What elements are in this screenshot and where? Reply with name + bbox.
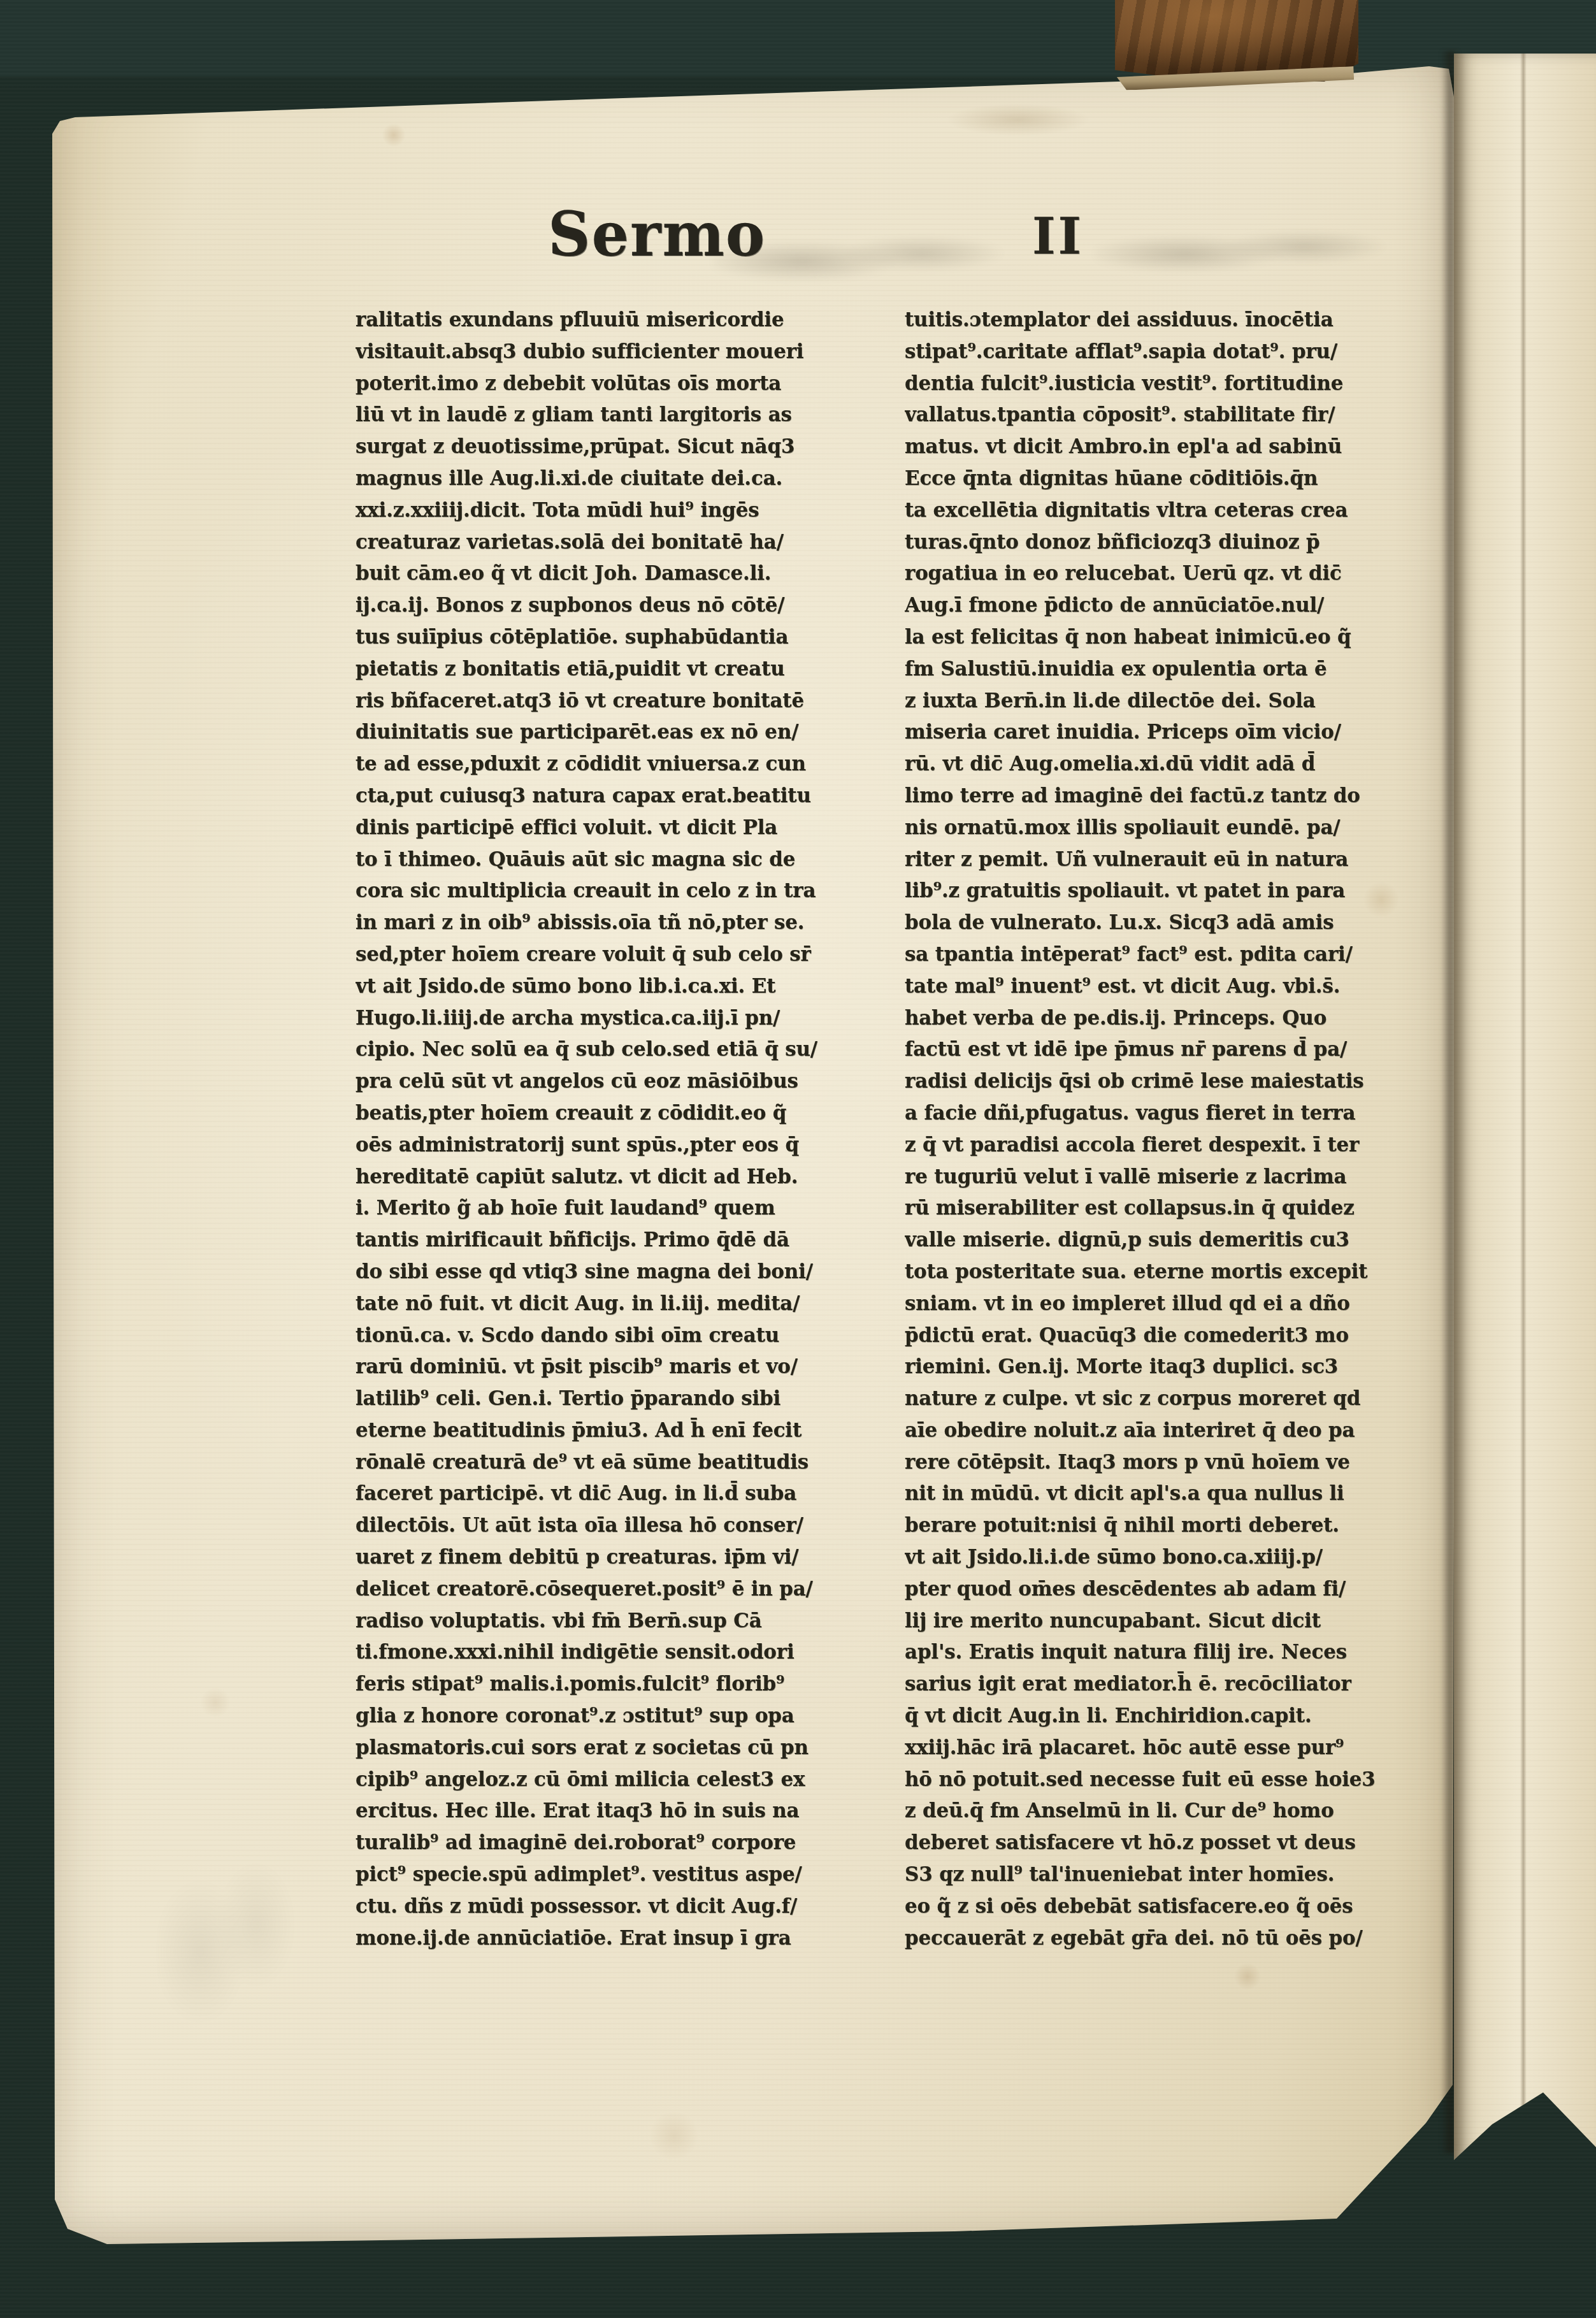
text-line: berare potuit:nisi q̄ nihil morti debere… (905, 1510, 1468, 1542)
text-line: poterit.imo z debebit volūtas oīs morta (356, 368, 892, 400)
text-line: sniam. vt in eo impleret illud qd ei a d… (905, 1288, 1468, 1320)
text-line: tantis mirificauit bñficijs. Primo q̄dē … (356, 1225, 892, 1256)
text-line: surgat z deuotissime,prūpat. Sicut nāq3 (356, 431, 892, 463)
text-line: z q̄ vt paradisi accola fieret despexit.… (905, 1130, 1468, 1162)
text-line: cora sic multiplicia creauit in celo z i… (356, 875, 892, 907)
text-line: uaret z finem debitū p creaturas. ip̄m v… (356, 1542, 892, 1574)
text-line: rū. vt dic̄ Aug.omelia.xi.dū vidit adā d… (905, 749, 1468, 781)
text-line: visitauit.absq3 dubio sufficienter mouer… (356, 336, 892, 368)
text-line: riter z pemit. Uñ vulnerauit eū in natur… (905, 844, 1468, 876)
text-line: factū est vt idē ipe p̄mus nr̄ parens d̄… (905, 1034, 1468, 1066)
text-line: hereditatē capiūt salutz. vt dicit ad He… (356, 1162, 892, 1193)
text-line: sed,pter hoīem creare voluit q̄ sub celo… (356, 939, 892, 971)
text-line: faceret participē. vt dic̄ Aug. in li.d̄… (356, 1478, 892, 1510)
running-title: Sermo (548, 199, 766, 270)
text-line: nit in mūdū. vt dicit apl's.a qua nullus… (905, 1478, 1468, 1510)
text-line: in mari z in oib⁹ abissis.oīa tñ nō,pter… (356, 907, 892, 939)
text-line: i. Merito g̃ ab hoīe fuit laudand⁹ quem (356, 1193, 892, 1225)
page-crease (1520, 54, 1527, 2220)
text-line: dilectōis. Ut aūt ista oīa illesa hō con… (356, 1510, 892, 1542)
text-column-left: ralitatis exundans pfluuiū misericordiev… (356, 305, 892, 1954)
text-line: ti.fmone.xxxi.nihil indigētie sensit.odo… (356, 1637, 892, 1669)
text-line: re tuguriū velut ī vallē miserie z lacri… (905, 1162, 1468, 1193)
text-line: oēs administratorij sunt spūs.,pter eos … (356, 1130, 892, 1162)
text-line: te ad esse,pduxit z cōdidit vniuersa.z c… (356, 749, 892, 781)
text-line: stipat⁹.caritate afflat⁹.sapia dotat⁹. p… (905, 336, 1468, 368)
facing-page-edge (1454, 54, 1596, 2220)
text-line: rū miserabiliter est collapsus.in q̄ qui… (905, 1193, 1468, 1225)
text-line: pict⁹ specie.spū adimplet⁹. vestitus asp… (356, 1859, 892, 1891)
text-line: ta excellētia dignitatis vltra ceteras c… (905, 495, 1468, 527)
text-line: deberet satisfacere vt hō.z posset vt de… (905, 1827, 1468, 1859)
text-line: mone.ij.de annūciatiōe. Erat insup ī gra (356, 1923, 892, 1955)
text-line: fm Salustiū.inuidia ex opulentia orta ē (905, 654, 1468, 686)
text-line: la est felicitas q̄ non habeat inimicū.e… (905, 622, 1468, 654)
text-line: Hugo.li.iiij.de archa mystica.ca.iij.ī p… (356, 1003, 892, 1035)
text-line: sarius igit erat mediator.h̄ ē. recōcili… (905, 1669, 1468, 1701)
text-line: glia z honore coronat⁹.z ɔstitut⁹ sup op… (356, 1701, 892, 1732)
text-line: cipib⁹ angeloz.z cū ōmi milicia celest3 … (356, 1764, 892, 1796)
text-line: apl's. Eratis inquit natura filij ire. N… (905, 1637, 1468, 1669)
text-column-right: tuitis.ɔtemplator dei assiduus. īnocētia… (905, 305, 1468, 1954)
text-line: rere cōtēpsit. Itaq3 mors p vnū hoīem ve (905, 1447, 1468, 1479)
text-line: a facie dñi,pfugatus. vagus fieret in te… (905, 1098, 1468, 1130)
text-line: S3 qz null⁹ tal'inueniebat inter homīes. (905, 1859, 1468, 1891)
text-line: rōnalē creaturā de⁹ vt eā sūme beatitudi… (356, 1447, 892, 1479)
text-line: xxiij.hāc irā placaret. hōc autē esse pu… (905, 1732, 1468, 1764)
text-line: do sibi esse qd vtiq3 sine magna dei bon… (356, 1256, 892, 1288)
text-line: vt ait Jsido.li.i.de sūmo bono.ca.xiiij.… (905, 1542, 1468, 1574)
ink-showthrough (158, 1804, 298, 2072)
text-line: riemini. Gen.ij. Morte itaq3 duplici. sc… (905, 1351, 1468, 1383)
book-page: Sermo II ralitatis exundans pfluuiū mise… (50, 59, 1459, 2254)
text-line: pter quod om̄es descēdentes ab adam fi/ (905, 1574, 1468, 1606)
text-line: lib⁹.z gratuitis spoliauit. vt patet in … (905, 875, 1468, 907)
text-line: latilib⁹ celi. Gen.i. Tertio p̄parando s… (356, 1383, 892, 1415)
text-line: beatis,pter hoīem creauit z cōdidit.eo q… (356, 1098, 892, 1130)
text-line: magnus ille Aug.li.xi.de ciuitate dei.ca… (356, 463, 892, 495)
ink-showthrough (1095, 215, 1394, 285)
text-line: turalib⁹ ad imaginē dei.roborat⁹ corpore (356, 1827, 892, 1859)
text-line: radisi delicijs q̄si ob crimē lese maies… (905, 1066, 1468, 1098)
text-line: rarū dominiū. vt p̄sit piscib⁹ maris et … (356, 1351, 892, 1383)
text-line: dinis participē effici voluit. vt dicit … (356, 812, 892, 844)
text-line: buit cām.eo q̃ vt dicit Joh. Damasce.li. (356, 558, 892, 590)
text-line: ctu. dñs z mūdi possessor. vt dicit Aug.… (356, 1891, 892, 1923)
text-line: ercitus. Hec ille. Erat itaq3 hō in suis… (356, 1796, 892, 1827)
text-line: tuitis.ɔtemplator dei assiduus. īnocētia (905, 305, 1468, 336)
text-line: valle miserie. dignū,p suis demeritis cu… (905, 1225, 1468, 1256)
text-line: vallatus.tpantia cōposit⁹. stabilitate f… (905, 400, 1468, 431)
text-line: cta,put cuiusq3 natura capax erat.beatit… (356, 781, 892, 812)
text-line: ris bñfaceret.atq3 iō vt creature bonita… (356, 686, 892, 717)
text-line: creaturaz varietas.solā dei bonitatē ha/ (356, 527, 892, 559)
text-line: cipio. Nec solū ea q̄ sub celo.sed etiā … (356, 1034, 892, 1066)
scan-background: Sermo II ralitatis exundans pfluuiū mise… (0, 0, 1596, 2318)
folio-number: II (1032, 208, 1084, 266)
text-line: rogatiua in eo relucebat. Uerū qz. vt di… (905, 558, 1468, 590)
text-line: vt ait Jsido.de sūmo bono lib.i.ca.xi. E… (356, 971, 892, 1003)
text-line: ij.ca.ij. Bonos z supbonos deus nō cōtē/ (356, 590, 892, 622)
text-line: Ecce q̄nta dignitas hūane cōditiōis.q̄n (905, 463, 1468, 495)
text-line: pra celū sūt vt angelos cū eoz māsiōibus (356, 1066, 892, 1098)
text-line: tota posteritate sua. eterne mortis exce… (905, 1256, 1468, 1288)
text-line: liū vt in laudē z gliam tanti largitoris… (356, 400, 892, 431)
text-line: lij ire merito nuncupabant. Sicut dicit (905, 1606, 1468, 1638)
text-line: z deū.q̄ fm Anselmū in li. Cur de⁹ homo (905, 1796, 1468, 1827)
text-line: turas.q̄nto donoz bñficiozq3 diuinoz p̄ (905, 527, 1468, 559)
text-line: limo terre ad imaginē dei factū.z tantz … (905, 781, 1468, 812)
text-line: xxi.z.xxiiij.dicit. Tota mūdi hui⁹ ingēs (356, 495, 892, 527)
text-line: miseria caret inuidia. Priceps oīm vicio… (905, 717, 1468, 749)
text-line: radiso voluptatis. vbi fm̄ Bern̄.sup Cā (356, 1606, 892, 1638)
text-line: tate nō fuit. vt dicit Aug. in li.iij. m… (356, 1288, 892, 1320)
text-line: habet verba de pe.dis.ij. Princeps. Quo (905, 1003, 1468, 1035)
text-line: hō nō potuit.sed necesse fuit eū esse ho… (905, 1764, 1468, 1796)
text-line: nature z culpe. vt sic z corpus moreret … (905, 1383, 1468, 1415)
text-line: tus suiīpius cōtēplatiōe. suphabūdantia (356, 622, 892, 654)
text-line: pietatis z bonitatis etiā,puidit vt crea… (356, 654, 892, 686)
text-line: tionū.ca. v. Scdo dando sibi oīm creatu (356, 1320, 892, 1352)
text-line: plasmatoris.cui sors erat z societas cū … (356, 1732, 892, 1764)
text-line: tate mal⁹ inuent⁹ est. vt dicit Aug. vbi… (905, 971, 1468, 1003)
text-line: aīe obedire noluit.z aīa interiret q̄ de… (905, 1415, 1468, 1447)
text-line: eo q̃ z si oēs debebāt satisfacere.eo q̃… (905, 1891, 1468, 1923)
text-line: sa tpantia intēperat⁹ fact⁹ est. pdita c… (905, 939, 1468, 971)
text-line: q̄ vt dicit Aug.in li. Enchiridion.capit… (905, 1701, 1468, 1732)
text-line: peccauerāt z egebāt gr̄a dei. nō tū oēs … (905, 1923, 1468, 1955)
text-line: feris stipat⁹ malis.i.pomis.fulcit⁹ flor… (356, 1669, 892, 1701)
text-line: Aug.ī fmone p̄dicto de annūciatōe.nul/ (905, 590, 1468, 622)
text-line: z iuxta Bern̄.in li.de dilectōe dei. Sol… (905, 686, 1468, 717)
text-line: bola de vulnerato. Lu.x. Sicq3 adā amis (905, 907, 1468, 939)
text-line: delicet creatorē.cōsequeret.posit⁹ ē in … (356, 1574, 892, 1606)
text-line: eterne beatitudinis p̄miu3. Ad h̄ enī fe… (356, 1415, 892, 1447)
text-line: ralitatis exundans pfluuiū misericordie (356, 305, 892, 336)
text-line: dentia fulcit⁹.iusticia vestit⁹. fortitu… (905, 368, 1468, 400)
text-line: p̄dictū erat. Quacūq3 die comederit3 mo (905, 1320, 1468, 1352)
text-line: diuinitatis sue participarēt.eas ex nō e… (356, 717, 892, 749)
text-line: matus. vt dicit Ambro.in epl'a ad sabinū (905, 431, 1468, 463)
text-line: to ī thimeo. Quāuis aūt sic magna sic de (356, 844, 892, 876)
text-line: nis ornatū.mox illis spoliauit eundē. pa… (905, 812, 1468, 844)
